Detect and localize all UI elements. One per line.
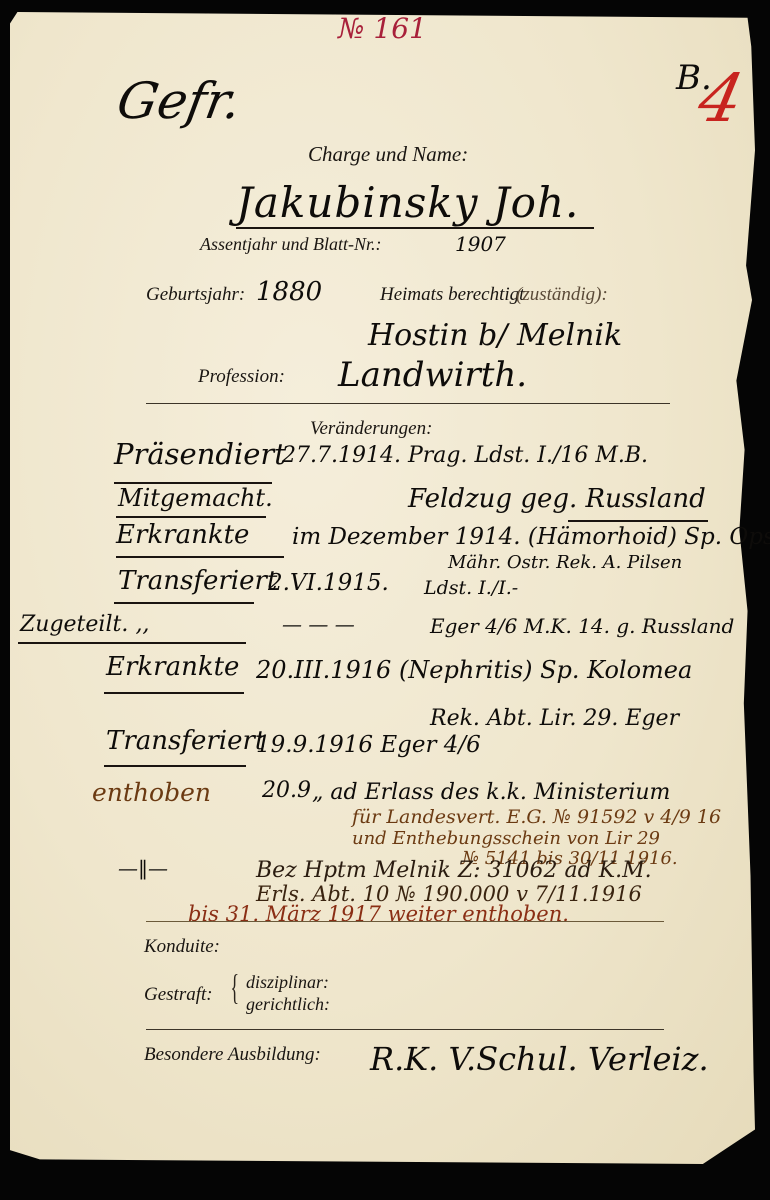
section-divider [146,1029,664,1030]
keyword-underline [116,516,266,518]
changes-label: Veränderungen: [310,418,432,440]
brace-icon: { [230,966,239,1008]
change-date: 20.9 [262,778,311,803]
charge-name-label: Charge und Name: [308,142,468,167]
home-right-label: Heimats berechtigt [380,284,524,306]
home-right-label-paren: (zuständig): [516,284,608,306]
change-keyword: enthoben [92,778,211,807]
change-text-top: Rek. Abt. Lir. 29. Eger [430,706,679,731]
keyword-underline [114,602,254,604]
soldier-name: Jakubinsky Joh. [236,178,579,227]
change-keyword: Transferiert [106,726,265,756]
change-date: — — — [282,612,355,636]
profession-label: Profession: [198,366,285,388]
change-text: „ ad Erlass des k.k. Ministerium [312,780,670,805]
change-text: 20.III.1916 (Nephritis) Sp. Kolomea [256,656,692,684]
judicial-label: gerichtlich: [246,994,330,1015]
russland-underline [568,520,708,522]
changes-end-rule [146,921,664,922]
keyword-underline [104,692,244,694]
change-text-line2: für Landesvert. E.G. № 91592 v 4/9 16 [352,806,721,828]
change-text: im Dezember 1914. (Hämorhoid) Sp. Opsan [292,524,770,550]
punished-label: Gestraft: [144,984,213,1006]
change-keyword: —‖— [118,856,168,880]
change-date: 2.VI.1915. [268,570,389,596]
change-text: Bez Hptm Melnik Z: 31062 ad K.M. [256,858,652,883]
disciplinary-label: disziplinar: [246,972,329,993]
change-keyword: Mitgemacht. [118,484,273,512]
rank-abbreviation: Gefr. [113,72,246,130]
change-text: Ldst. I./I.- [424,577,518,599]
change-text-top: Mähr. Ostr. Rek. A. Pilsen [448,552,682,573]
birth-year-label: Geburtsjahr: [146,284,245,306]
change-text: Eger 4/6 M.K. 14. g. Russland [430,614,734,638]
profession-value: Landwirth. [338,355,527,395]
home-town-value: Hostin b/ Melnik [368,318,622,353]
change-text-line3: bis 31. März 1917 weiter enthoben. [188,902,569,926]
keyword-underline [116,556,284,558]
conduct-label: Konduite: [144,936,220,958]
change-text: 19.9.1916 Eger 4/6 [256,732,481,758]
section-divider [146,403,670,404]
change-text: Feldzug geg. Russland [408,484,706,514]
assent-label: Assentjahr und Blatt-Nr.: [200,234,382,255]
keyword-underline [104,765,246,767]
change-text: 27.7.1914. Prag. Ldst. I./16 M.B. [282,443,648,468]
keyword-underline [18,642,246,644]
name-underline [236,227,594,229]
change-keyword: Präsendiert [114,437,286,471]
record-number: № 161 [338,12,427,45]
special-training-value: R.K. V.Schul. Verleiz. [370,1040,709,1078]
special-training-label: Besondere Ausbildung: [144,1044,321,1066]
birth-year-value: 1880 [256,277,322,307]
assent-value: 1907 [455,232,506,256]
change-keyword: Transferiert [118,566,277,596]
change-keyword: Erkrankte [116,520,249,550]
change-keyword: Erkrankte [106,652,239,682]
change-keyword: Zugeteilt. ‚‚ [20,612,149,637]
change-text-line3: und Enthebungsschein von Lir 29 [352,828,660,849]
